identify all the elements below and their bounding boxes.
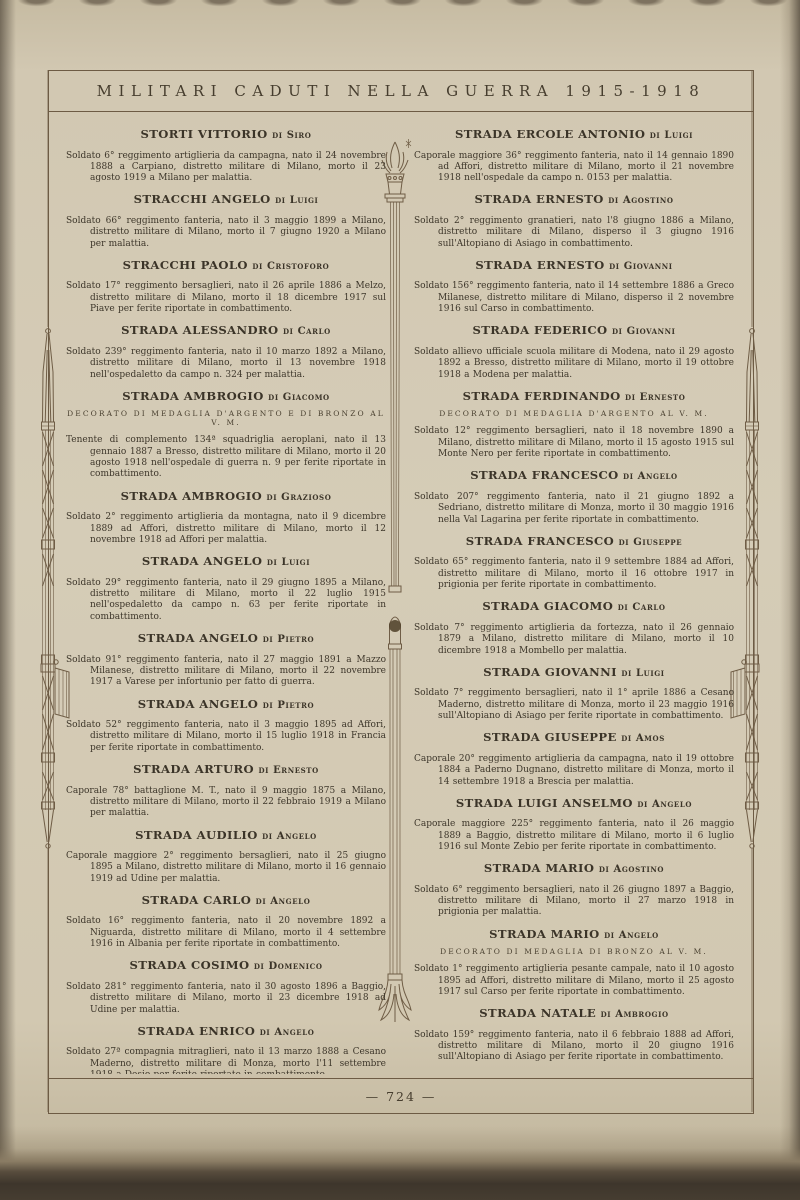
left-column: STORTI VITTORIO di Siro Soldato 6° reggi… — [66, 128, 386, 1074]
soldier-entry: STRACCHI ANGELO di Luigi Soldato 66° reg… — [66, 193, 386, 249]
soldier-entry: STRADA MARIO di Agostino Soldato 6° regg… — [414, 862, 734, 918]
soldier-entry: STRADA LUIGI ANSELMO di Angelo Caporale … — [414, 797, 734, 853]
soldier-name: STRADA ALESSANDRO — [121, 323, 278, 337]
soldier-entry: STRADA ENRICO di Angelo Soldato 27ª comp… — [66, 1025, 386, 1074]
soldier-record: Caporale maggiore 2° reggimento bersagli… — [66, 851, 386, 885]
soldier-patronymic: di Ambrogio — [601, 1009, 669, 1020]
soldier-patronymic: di Agostino — [599, 864, 664, 875]
soldier-record: Soldato 16° reggimento fanteria, nato il… — [66, 916, 386, 950]
soldier-name: STRADA PIETRO ANGELO — [451, 1072, 630, 1074]
soldier-name: STRADA ANGELO — [142, 554, 263, 568]
soldier-record: Soldato 2° reggimento artiglieria da mon… — [66, 512, 386, 546]
soldier-name-heading: STRADA AUDILIO di Angelo — [66, 829, 386, 843]
soldier-patronymic: di Agostino — [608, 195, 673, 206]
soldier-patronymic: di Luigi — [267, 557, 310, 568]
soldier-record: Soldato 17° reggimento bersaglieri, nato… — [66, 281, 386, 315]
soldier-name-heading: STRADA GIOVANNI di Luigi — [414, 666, 734, 680]
soldier-name-heading: STRADA ALESSANDRO di Carlo — [66, 324, 386, 338]
soldier-record: Soldato 281° reggimento fanteria, nato i… — [66, 982, 386, 1016]
soldier-record: Soldato 6° reggimento artiglieria da cam… — [66, 151, 386, 185]
soldier-record: Soldato 1° reggimento artiglieria pesant… — [414, 964, 734, 998]
soldier-patronymic: di Pietro — [263, 634, 314, 645]
soldier-name-heading: STRADA ANGELO di Luigi — [66, 555, 386, 569]
soldier-patronymic: di Grazioso — [267, 492, 332, 503]
soldier-name: STRADA FRANCESCO — [466, 534, 614, 548]
soldier-record: Soldato 52° reggimento fanteria, nato il… — [66, 720, 386, 754]
soldier-name: STRADA FERDINANDO — [463, 389, 621, 403]
soldier-name: STRADA FEDERICO — [472, 323, 607, 337]
soldier-record: Caporale maggiore 36° reggimento fanteri… — [414, 151, 734, 185]
soldier-name-heading: STRADA MARIO di Angelo — [414, 928, 734, 942]
soldier-patronymic: di Giuseppe — [619, 537, 683, 548]
soldier-patronymic: di Luigi — [650, 130, 693, 141]
soldier-entry: STORTI VITTORIO di Siro Soldato 6° reggi… — [66, 128, 386, 184]
page-right-shadow — [780, 0, 800, 1200]
decoration-line: DECORATO DI MEDAGLIA D'ARGENTO AL V. M. — [414, 409, 734, 418]
soldier-record: Soldato 7° reggimento bersaglieri, nato … — [414, 688, 734, 722]
soldier-patronymic: di Giovanni — [609, 261, 673, 272]
soldier-patronymic: di Angelo — [637, 799, 692, 810]
soldier-name-heading: STRADA AMBROGIO di Giacomo — [66, 390, 386, 404]
soldier-patronymic: di Pietro — [263, 700, 314, 711]
page-number: — 724 — — [366, 1089, 437, 1104]
soldier-record: Soldato 2° reggimento granatieri, nato l… — [414, 216, 734, 250]
soldier-record: Soldato 91° reggimento fanteria, nato il… — [66, 655, 386, 689]
soldier-record: Soldato allievo ufficiale scuola militar… — [414, 347, 734, 381]
soldier-entry: STRADA ERNESTO di Agostino Soldato 2° re… — [414, 193, 734, 249]
soldier-record: Caporale maggiore 225° reggimento fanter… — [414, 819, 734, 853]
soldier-entry: STRACCHI PAOLO di Cristoforo Soldato 17°… — [66, 259, 386, 315]
page-title: MILITARI CADUTI NELLA GUERRA 1915-1918 — [97, 82, 706, 100]
soldier-patronymic: di Ernesto — [625, 392, 685, 403]
soldier-name: STRADA GIOVANNI — [483, 665, 617, 679]
soldier-entry: STRADA AMBROGIO di Giacomo DECORATO DI M… — [66, 390, 386, 481]
soldier-name-heading: STRADA FEDERICO di Giovanni — [414, 324, 734, 338]
soldier-name-heading: STRADA ANGELO di Pietro — [66, 698, 386, 712]
soldier-name-heading: STRADA NATALE di Ambrogio — [414, 1007, 734, 1021]
decoration-line: DECORATO DI MEDAGLIA DI BRONZO AL V. M. — [414, 947, 734, 956]
soldier-name: STRADA MARIO — [484, 861, 595, 875]
soldier-patronymic: di Carlo — [618, 602, 666, 613]
scalloped-page-edge — [0, 0, 800, 16]
soldier-name-heading: STRADA ERCOLE ANTONIO di Luigi — [414, 128, 734, 142]
soldier-name-heading: STRADA GIACOMO di Carlo — [414, 600, 734, 614]
soldier-record: Soldato 6° reggimento bersaglieri, nato … — [414, 885, 734, 919]
soldier-record: Soldato 27ª compagnia mitraglieri, nato … — [66, 1047, 386, 1074]
soldier-entry: STRADA GIUSEPPE di Amos Caporale 20° reg… — [414, 731, 734, 787]
soldier-entry: STRADA GIACOMO di Carlo Soldato 7° reggi… — [414, 600, 734, 656]
soldier-name: STRADA ERCOLE ANTONIO — [455, 128, 645, 141]
soldier-name-heading: STRADA ANGELO di Pietro — [66, 632, 386, 646]
soldier-record: Tenente di complemento 134ª squadriglia … — [66, 435, 386, 480]
soldier-name: STRADA NATALE — [479, 1006, 596, 1020]
soldier-name-heading: STRADA MARIO di Agostino — [414, 862, 734, 876]
soldier-name: STRADA AMBROGIO — [121, 489, 263, 503]
soldier-name-heading: STRADA FRANCESCO di Giuseppe — [414, 535, 734, 549]
soldier-name-heading: STRADA FRANCESCO di Angelo — [414, 469, 734, 483]
soldier-entry: STRADA NATALE di Ambrogio Soldato 159° r… — [414, 1007, 734, 1063]
soldier-entry: STRADA ERCOLE ANTONIO di Luigi Caporale … — [414, 128, 734, 184]
soldier-name: STRADA AUDILIO — [135, 828, 258, 842]
soldier-name-heading: STRADA COSIMO di Domenico — [66, 959, 386, 973]
soldier-record: Soldato 207° reggimento fanteria, nato i… — [414, 492, 734, 526]
soldier-patronymic: di Luigi — [621, 668, 664, 679]
soldier-record: Soldato 159° reggimento fanteria, nato i… — [414, 1030, 734, 1064]
soldier-record: Soldato 65° reggimento fanteria, nato il… — [414, 557, 734, 591]
soldier-name-heading: STRADA AMBROGIO di Grazioso — [66, 490, 386, 504]
soldier-record: Soldato 156° reggimento fanteria, nato i… — [414, 281, 734, 315]
soldier-patronymic: di Giovanni — [612, 326, 676, 337]
soldier-name-heading: STRADA ERNESTO di Agostino — [414, 193, 734, 207]
soldier-patronymic: di Cristoforo — [252, 261, 329, 272]
soldier-name: STORTI VITTORIO — [140, 128, 267, 141]
soldier-name-heading: STRADA ERNESTO di Giovanni — [414, 259, 734, 273]
soldier-name: STRADA ERNESTO — [474, 192, 603, 206]
soldier-name-heading: STRADA CARLO di Angelo — [66, 894, 386, 908]
soldier-entry: STRADA ANGELO di Pietro Soldato 91° regg… — [66, 632, 386, 688]
soldier-record: Soldato 239° reggimento fanteria, nato i… — [66, 347, 386, 381]
soldier-name-heading: STRADA ENRICO di Angelo — [66, 1025, 386, 1039]
soldier-name: STRADA ARTURO — [133, 762, 254, 776]
decoration-line: DECORATO DI MEDAGLIA D'ARGENTO E DI BRON… — [66, 409, 386, 427]
soldier-patronymic: di Angelo — [256, 896, 311, 907]
soldier-record: Soldato 12° reggimento bersaglieri, nato… — [414, 426, 734, 460]
soldier-name: STRADA LUIGI ANSELMO — [456, 796, 633, 810]
soldier-name: STRADA COSIMO — [129, 958, 249, 972]
soldier-name: STRADA ANGELO — [138, 697, 259, 711]
page-bottom-edge — [0, 1126, 800, 1200]
soldier-entry: STRADA ANGELO di Luigi Soldato 29° reggi… — [66, 555, 386, 623]
memorial-entries: STORTI VITTORIO di Siro Soldato 6° reggi… — [66, 128, 734, 1074]
soldier-entry: STRADA FERDINANDO di Ernesto DECORATO DI… — [414, 390, 734, 460]
soldier-name-heading: STRADA FERDINANDO di Ernesto — [414, 390, 734, 404]
soldier-patronymic: di Amos — [621, 733, 665, 744]
soldier-record: Soldato 66° reggimento fanteria, nato il… — [66, 216, 386, 250]
soldier-name-heading: STRADA ARTURO di Ernesto — [66, 763, 386, 777]
soldier-name: STRACCHI PAOLO — [123, 258, 248, 272]
soldier-name: STRADA AMBROGIO — [122, 389, 264, 403]
soldier-entry: STRADA ARTURO di Ernesto Caporale 78° ba… — [66, 763, 386, 819]
soldier-entry: STRADA GIOVANNI di Luigi Soldato 7° regg… — [414, 666, 734, 722]
header-band: MILITARI CADUTI NELLA GUERRA 1915-1918 — [49, 71, 753, 112]
soldier-patronymic: di Carlo — [283, 326, 331, 337]
soldier-name-heading: STRADA PIETRO ANGELO di Gerardo — [414, 1073, 734, 1074]
soldier-patronymic: di Luigi — [275, 195, 318, 206]
soldier-patronymic: di Angelo — [623, 471, 678, 482]
soldier-name: STRADA GIUSEPPE — [483, 730, 617, 744]
soldier-name: STRADA CARLO — [142, 893, 252, 907]
soldier-patronymic: di Giacomo — [268, 392, 330, 403]
soldier-name: STRACCHI ANGELO — [134, 192, 271, 206]
soldier-record: Caporale 20° reggimento artiglieria da c… — [414, 754, 734, 788]
soldier-entry: STRADA MARIO di Angelo DECORATO DI MEDAG… — [414, 928, 734, 998]
soldier-patronymic: di Angelo — [260, 1027, 315, 1038]
footer-band: — 724 — — [49, 1078, 753, 1113]
soldier-name-heading: STORTI VITTORIO di Siro — [66, 128, 386, 142]
soldier-record: Caporale 78° battaglione M. T., nato il … — [66, 786, 386, 820]
soldier-entry: STRADA ERNESTO di Giovanni Soldato 156° … — [414, 259, 734, 315]
soldier-entry: STRADA ALESSANDRO di Carlo Soldato 239° … — [66, 324, 386, 380]
soldier-entry: STRADA COSIMO di Domenico Soldato 281° r… — [66, 959, 386, 1015]
soldier-entry: STRADA AMBROGIO di Grazioso Soldato 2° r… — [66, 490, 386, 546]
soldier-name: STRADA ERNESTO — [475, 258, 604, 272]
soldier-record: Soldato 29° reggimento fanteria, nato il… — [66, 578, 386, 623]
page-left-shadow — [0, 0, 16, 1200]
soldier-entry: STRADA FRANCESCO di Angelo Soldato 207° … — [414, 469, 734, 525]
soldier-name: STRADA ANGELO — [138, 631, 259, 645]
soldier-entry: STRADA FRANCESCO di Giuseppe Soldato 65°… — [414, 535, 734, 591]
soldier-entry: STRADA PIETRO ANGELO di Gerardo Caporale… — [414, 1073, 734, 1074]
soldier-patronymic: di Angelo — [604, 930, 659, 941]
soldier-patronymic: di Domenico — [254, 961, 323, 972]
soldier-patronymic: di Siro — [272, 130, 311, 141]
soldier-entry: STRADA CARLO di Angelo Soldato 16° reggi… — [66, 894, 386, 950]
soldier-name-heading: STRACCHI ANGELO di Luigi — [66, 193, 386, 207]
right-column: STRADA ERCOLE ANTONIO di Luigi Caporale … — [414, 128, 734, 1074]
soldier-name-heading: STRADA GIUSEPPE di Amos — [414, 731, 734, 745]
soldier-record: Soldato 7° reggimento artiglieria da for… — [414, 623, 734, 657]
soldier-entry: STRADA FEDERICO di Giovanni Soldato alli… — [414, 324, 734, 380]
soldier-patronymic: di Ernesto — [258, 765, 318, 776]
soldier-name-heading: STRADA LUIGI ANSELMO di Angelo — [414, 797, 734, 811]
soldier-name: STRADA MARIO — [489, 927, 600, 941]
soldier-patronymic: di Angelo — [262, 831, 317, 842]
soldier-name: STRADA ENRICO — [138, 1024, 256, 1038]
soldier-name: STRADA GIACOMO — [482, 599, 613, 613]
soldier-entry: STRADA ANGELO di Pietro Soldato 52° regg… — [66, 698, 386, 754]
soldier-name-heading: STRACCHI PAOLO di Cristoforo — [66, 259, 386, 273]
soldier-entry: STRADA AUDILIO di Angelo Caporale maggio… — [66, 829, 386, 885]
soldier-name: STRADA FRANCESCO — [470, 468, 618, 482]
